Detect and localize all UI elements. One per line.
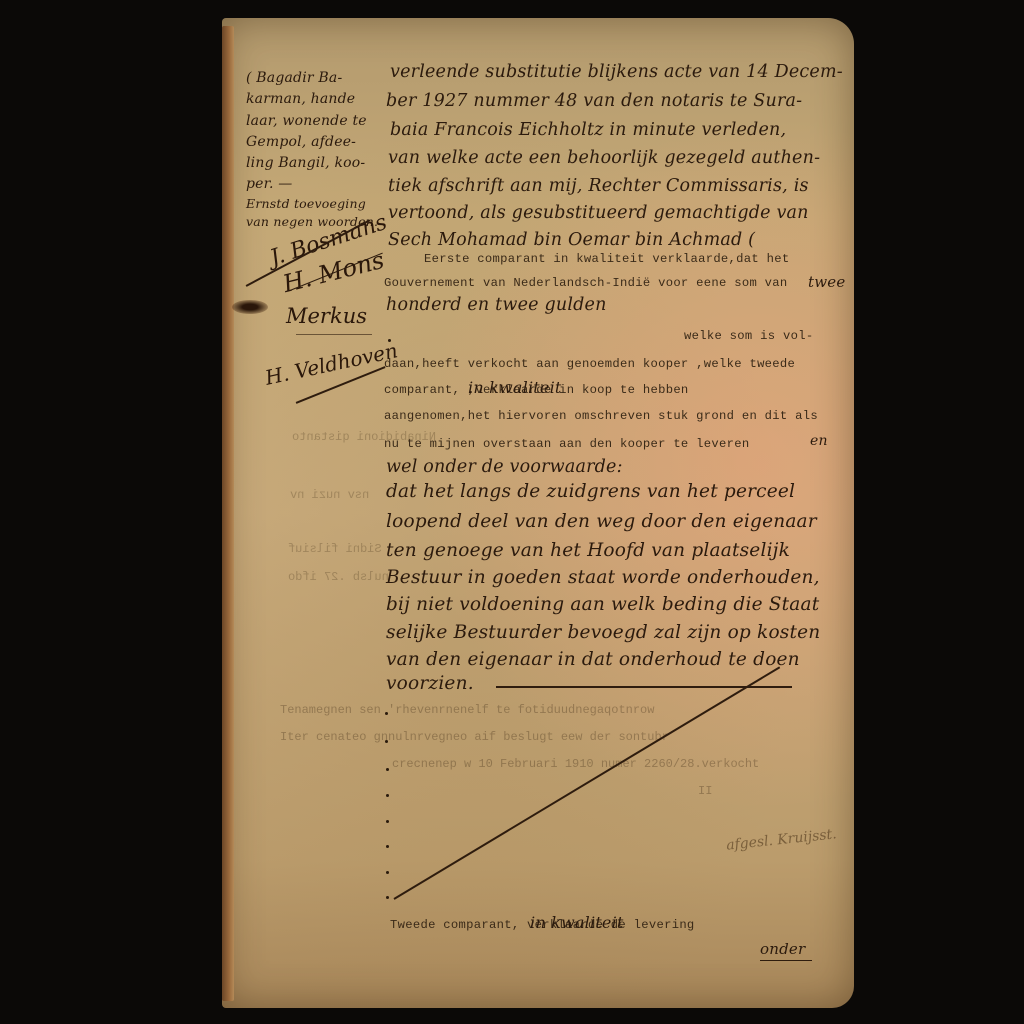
margin-dot xyxy=(386,845,389,848)
typed-line: Eerste comparant in kwaliteit verklaarde… xyxy=(424,252,789,266)
typed-line: daan,heeft verkocht aan genoemden kooper… xyxy=(384,357,795,371)
signature-underline xyxy=(296,334,372,335)
handwritten-line: ten genoege van het Hoofd van plaatselij… xyxy=(386,540,790,561)
margin-note-line: Gempol, afdee- xyxy=(246,134,356,152)
handwritten-line: dat het langs de zuidgrens van het perce… xyxy=(386,481,795,502)
margin-dot xyxy=(386,768,389,771)
insert-underline xyxy=(760,960,812,961)
margin-note-line: karman, hande xyxy=(246,91,355,109)
handwritten-insert: in kwaliteit xyxy=(530,913,624,932)
handwritten-insert: in kwaliteit xyxy=(468,378,562,397)
handwritten-insert: twee xyxy=(808,273,845,291)
ink-blot xyxy=(232,300,268,314)
typed-line: nu te mijnen overstaan aan den kooper te… xyxy=(384,437,749,451)
margin-dot xyxy=(385,712,388,715)
handwritten-line: van den eigenaar in dat onderhoud te doe… xyxy=(386,649,800,670)
handwritten-line: ber 1927 nummer 48 van den notaris te Su… xyxy=(386,91,802,111)
margin-note-line: ling Bangil, koo- xyxy=(246,155,365,173)
bleed-through-line: crecnenep w 10 Februari 1910 numer 2260/… xyxy=(392,757,759,771)
signature: Merkus xyxy=(286,304,367,328)
margin-dot xyxy=(386,820,389,823)
margin-note-line: laar, wonende te xyxy=(246,113,367,131)
handwritten-line: Bestuur in goeden staat worde onderhoude… xyxy=(386,567,820,588)
margin-dot xyxy=(386,794,389,797)
typed-line: aangenomen,het hiervoren omschreven stuk… xyxy=(384,409,818,423)
bleed-through-text: nsv nuzi nv xyxy=(290,488,369,502)
handwritten-line: wel onder de voorwaarde: xyxy=(386,457,623,477)
handwritten-insert: onder xyxy=(760,940,805,958)
handwritten-line: selijke Bestuurder bevoegd zal zijn op k… xyxy=(386,622,820,643)
margin-dot xyxy=(388,339,391,342)
handwritten-line: baia Francois Eichholtz in minute verled… xyxy=(390,120,786,140)
bleed-through-line: Tenamegnen sen 'rhevenrnenelf te fotiduu… xyxy=(280,703,654,717)
margin-note-line: per. — xyxy=(246,176,293,194)
bleed-through-text: nulsb .27 ifdo xyxy=(288,570,389,584)
handwritten-line: voorzien. xyxy=(386,673,474,694)
handwritten-insert: honderd en twee gulden xyxy=(386,295,607,315)
binding-edge xyxy=(222,26,234,1001)
handwritten-line: van welke acte een behoorlijk gezegeld a… xyxy=(388,148,820,168)
bleed-through-line: II xyxy=(698,784,712,798)
bleed-through-text: Sidni filsiuf xyxy=(288,542,382,556)
handwritten-line: vertoond, als gesubstitueerd gemachtigde… xyxy=(388,203,809,223)
typed-line: Gouvernement van Nederlandsch-Indië voor… xyxy=(384,276,788,290)
handwritten-line: loopend deel van den weg door den eigena… xyxy=(386,511,817,532)
handwritten-line: bij niet voldoening aan welk beding die … xyxy=(386,594,819,615)
margin-note-line: ( Bagadir Ba- xyxy=(246,70,342,88)
margin-dot xyxy=(386,896,389,899)
margin-note-line: Ernstd toevoeging xyxy=(246,195,366,213)
margin-dot xyxy=(385,740,388,743)
bleed-through-line: Iter cenateo gnnulnrvegneo aif beslugt e… xyxy=(280,730,669,744)
handwritten-line: tiek afschrift aan mij, Rechter Commissa… xyxy=(388,176,809,196)
handwritten-line: verleende substitutie blijkens acte van … xyxy=(390,62,843,82)
handwritten-insert: en xyxy=(810,433,828,449)
typed-line: welke som is vol- xyxy=(684,329,813,343)
margin-dot xyxy=(386,871,389,874)
handwritten-line: Sech Mohamad bin Oemar bin Achmad ( xyxy=(388,230,755,250)
